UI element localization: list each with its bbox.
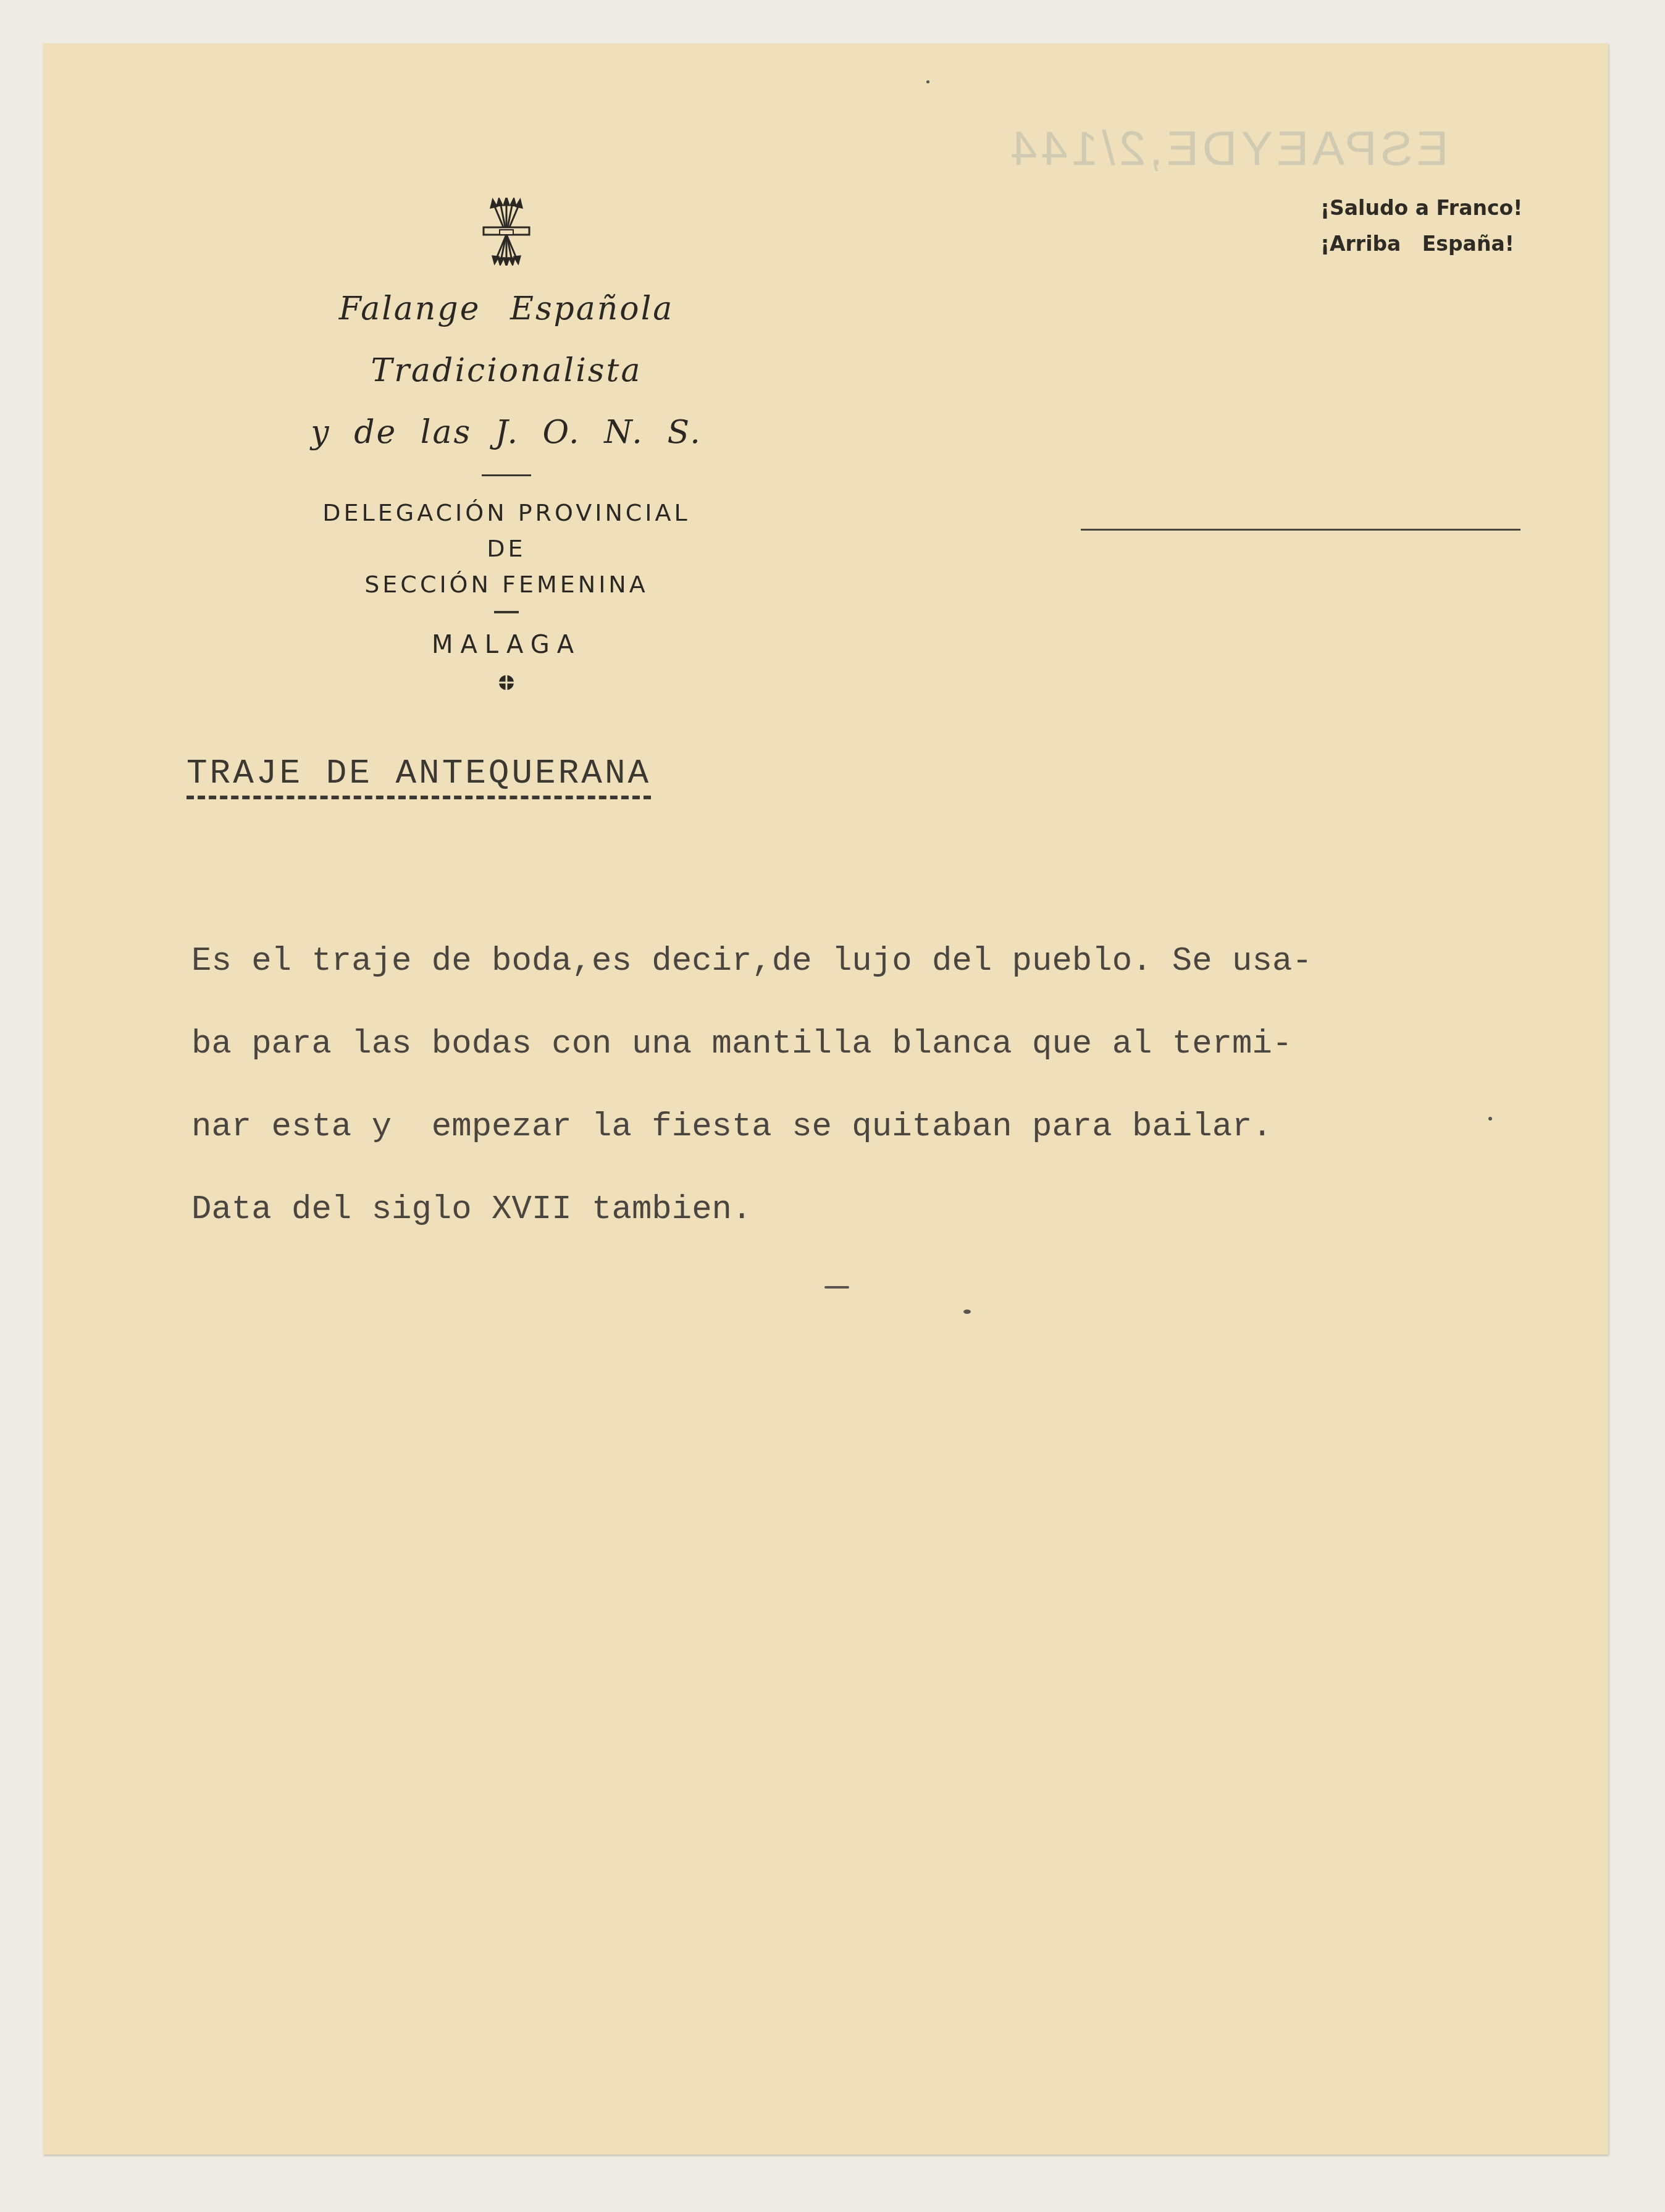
city-name: MALAGA (191, 627, 821, 663)
paper-speck (1488, 1117, 1492, 1121)
reference-line (1081, 529, 1520, 531)
body-line: nar esta y empezar la fiesta se quitaban… (191, 1086, 1612, 1169)
organization-name-line-1: Falange Española Tradicionalista (191, 278, 821, 402)
paper-speck (824, 1286, 849, 1289)
document-page: ESPAEYDE,2/144 ¡Saludo a Franco! ¡Arriba… (43, 43, 1608, 2155)
letterhead: Falange Española Tradicionalista y de la… (191, 198, 821, 691)
arrow-bundle-emblem-icon (479, 198, 534, 266)
department-line-1: DELEGACIÓN PROVINCIAL (191, 495, 821, 531)
header-divider-small (494, 611, 519, 613)
body-line: Data del siglo XVII tambien. (191, 1169, 1612, 1251)
body-line: Es el traje de boda,es decir,de lujo del… (191, 920, 1612, 1003)
document-body: Es el traje de boda,es decir,de lujo del… (191, 920, 1612, 1251)
paper-speck (963, 1310, 971, 1314)
organization-name-line-2: y de las J. O. N. S. (191, 402, 821, 463)
quartered-circle-ornament-icon (498, 674, 515, 691)
archive-reference-mark: ESPAEYDE,2/144 (1007, 120, 1449, 177)
department-line-3: SECCIÓN FEMENINA (191, 566, 821, 602)
document-title: TRAJE DE ANTEQUERANA (187, 754, 651, 799)
paper-speck (926, 80, 929, 83)
department-line-2: DE (191, 531, 821, 566)
header-divider (482, 474, 531, 476)
greeting-line-2: ¡Arriba España! (1320, 226, 1522, 262)
greeting-block: ¡Saludo a Franco! ¡Arriba España! (1320, 190, 1522, 262)
greeting-line-1: ¡Saludo a Franco! (1320, 190, 1522, 226)
body-line: ba para las bodas con una mantilla blanc… (191, 1003, 1612, 1086)
